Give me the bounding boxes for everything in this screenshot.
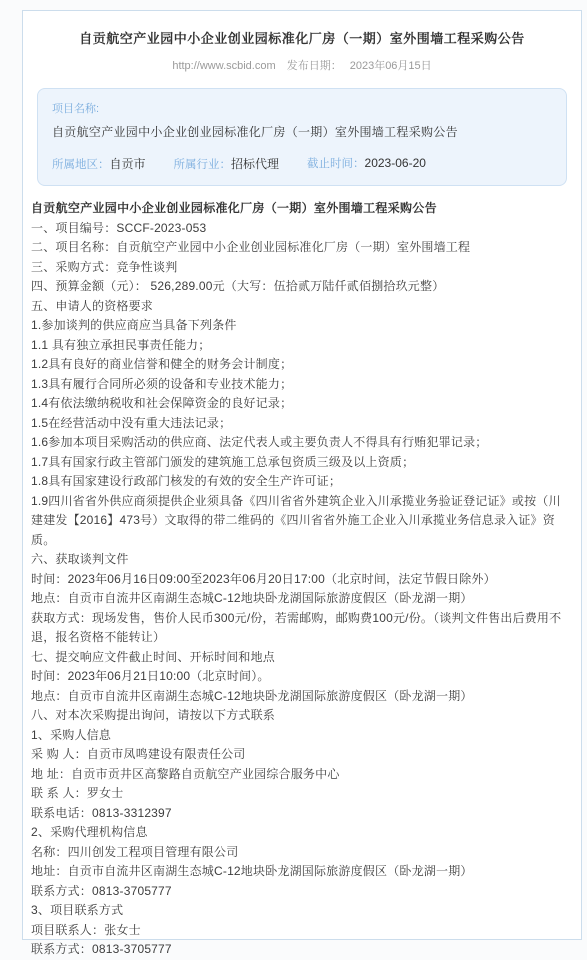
body-line: 获取方式：现场发售，售价人民币300元/份，若需邮购，邮购费100元/份。（谈判… bbox=[31, 609, 571, 648]
body-line: 1.6参加本项目采购活动的供应商、法定代表人或主要负责人不得具有行贿犯罪记录； bbox=[31, 433, 571, 453]
meta-deadline: 截止时间：2023-06-20 bbox=[307, 155, 426, 172]
body-line: 五、申请人的资格要求 bbox=[31, 297, 571, 317]
region-label: 所属地区： bbox=[52, 159, 110, 171]
page-title: 自贡航空产业园中小企业创业园标准化厂房（一期）室外围墙工程采购公告 bbox=[23, 28, 581, 47]
body-line: 1.9四川省省外供应商须提供企业须具备《四川省省外建筑企业入川承揽业务验证登记证… bbox=[31, 492, 571, 551]
body-line: 1.5在经营活动中没有重大违法记录； bbox=[31, 414, 571, 434]
region-value: 自贡市 bbox=[110, 157, 146, 171]
body-line: 时间：2023年06月21日10:00（北京时间）。 bbox=[31, 667, 571, 687]
project-info-box: 项目名称: 自贡航空产业园中小企业创业园标准化厂房（一期）室外围墙工程采购公告 … bbox=[37, 88, 567, 186]
body-line: 1.7具有国家行政主管部门颁发的建筑施工总承包资质三级及以上资质； bbox=[31, 453, 571, 473]
industry-label: 所属行业： bbox=[174, 159, 232, 171]
body-line: 1、采购人信息 bbox=[31, 726, 571, 746]
body-line: 六、获取谈判文件 bbox=[31, 550, 571, 570]
body-line: 1.1 具有独立承担民事责任能力； bbox=[31, 336, 571, 356]
body-line: 地 址：自贡市贡井区高黎路自贡航空产业园综合服务中心 bbox=[31, 765, 571, 785]
body-line: 联系方式：0813-3705777 bbox=[31, 882, 571, 902]
body-line: 1.2具有良好的商业信誉和健全的财务会计制度； bbox=[31, 355, 571, 375]
industry-value: 招标代理 bbox=[231, 157, 279, 171]
project-name-label: 项目名称: bbox=[52, 100, 552, 116]
body-line: 地点：自贡市自流井区南湖生态城C-12地块卧龙湖国际旅游度假区（卧龙湖一期） bbox=[31, 589, 571, 609]
body-line: 名称：四川创发工程项目管理有限公司 bbox=[31, 843, 571, 863]
body-line: 1.4有依法缴纳税收和社会保障资金的良好记录； bbox=[31, 394, 571, 414]
body-line: 地点：自贡市自流井区南湖生态城C-12地块卧龙湖国际旅游度假区（卧龙湖一期） bbox=[31, 687, 571, 707]
source-url: http://www.scbid.com bbox=[172, 60, 275, 72]
body-line: 三、采购方式：竞争性谈判 bbox=[31, 258, 571, 278]
deadline-value: 2023-06-20 bbox=[365, 156, 426, 170]
publish-info: http://www.scbid.com 发布日期：2023年06月15日 bbox=[23, 57, 581, 73]
body-line: 地址：自贡市自流井区南湖生态城C-12地块卧龙湖国际旅游度假区（卧龙湖一期） bbox=[31, 862, 571, 882]
deadline-label: 截止时间： bbox=[307, 158, 365, 170]
publish-date: 2023年06月15日 bbox=[350, 60, 432, 72]
body-line: 时间：2023年06月16日09:00至2023年06月20日17:00（北京时… bbox=[31, 570, 571, 590]
meta-industry: 所属行业：招标代理 bbox=[174, 155, 280, 172]
body-line: 2、采购代理机构信息 bbox=[31, 823, 571, 843]
project-meta-row: 所属地区：自贡市 所属行业：招标代理 截止时间：2023-06-20 bbox=[52, 155, 552, 172]
body-line: 1.8具有国家建设行政部门核发的有效的安全生产许可证； bbox=[31, 472, 571, 492]
body-line: 1.参加谈判的供应商应当具备下列条件 bbox=[31, 316, 571, 336]
body-line: 一、项目编号：SCCF-2023-053 bbox=[31, 219, 571, 239]
publish-date-label: 发布日期： bbox=[287, 60, 342, 72]
announcement-body: 自贡航空产业园中小企业创业园标准化厂房（一期）室外围墙工程采购公告 一、项目编号… bbox=[23, 186, 581, 907]
body-line: 联系电话：0813-3312397 bbox=[31, 804, 571, 824]
meta-region: 所属地区：自贡市 bbox=[52, 155, 146, 172]
project-name: 自贡航空产业园中小企业创业园标准化厂房（一期）室外围墙工程采购公告 bbox=[52, 123, 552, 140]
body-lines: 一、项目编号：SCCF-2023-053二、项目名称：自贡航空产业园中小企业创业… bbox=[31, 219, 571, 908]
announcement-card: 自贡航空产业园中小企业创业园标准化厂房（一期）室外围墙工程采购公告 http:/… bbox=[22, 10, 582, 907]
body-line: 联 系 人：罗女士 bbox=[31, 784, 571, 804]
body-line: 1.3具有履行合同所必须的设备和专业技术能力； bbox=[31, 375, 571, 395]
body-line: 七、提交响应文件截止时间、开标时间和地点 bbox=[31, 648, 571, 668]
body-line: 八、对本次采购提出询问，请按以下方式联系 bbox=[31, 706, 571, 726]
body-line: 采 购 人：自贡市凤鸣建设有限责任公司 bbox=[31, 745, 571, 765]
body-line: 3、项目联系方式 bbox=[31, 901, 571, 907]
body-heading: 自贡航空产业园中小企业创业园标准化厂房（一期）室外围墙工程采购公告 bbox=[31, 199, 571, 219]
body-line: 四、预算金额（元）： 526,289.00元（大写：伍拾贰万陆仟贰佰捌拾玖元整） bbox=[31, 277, 571, 297]
body-line: 二、项目名称：自贡航空产业园中小企业创业园标准化厂房（一期）室外围墙工程 bbox=[31, 238, 571, 258]
